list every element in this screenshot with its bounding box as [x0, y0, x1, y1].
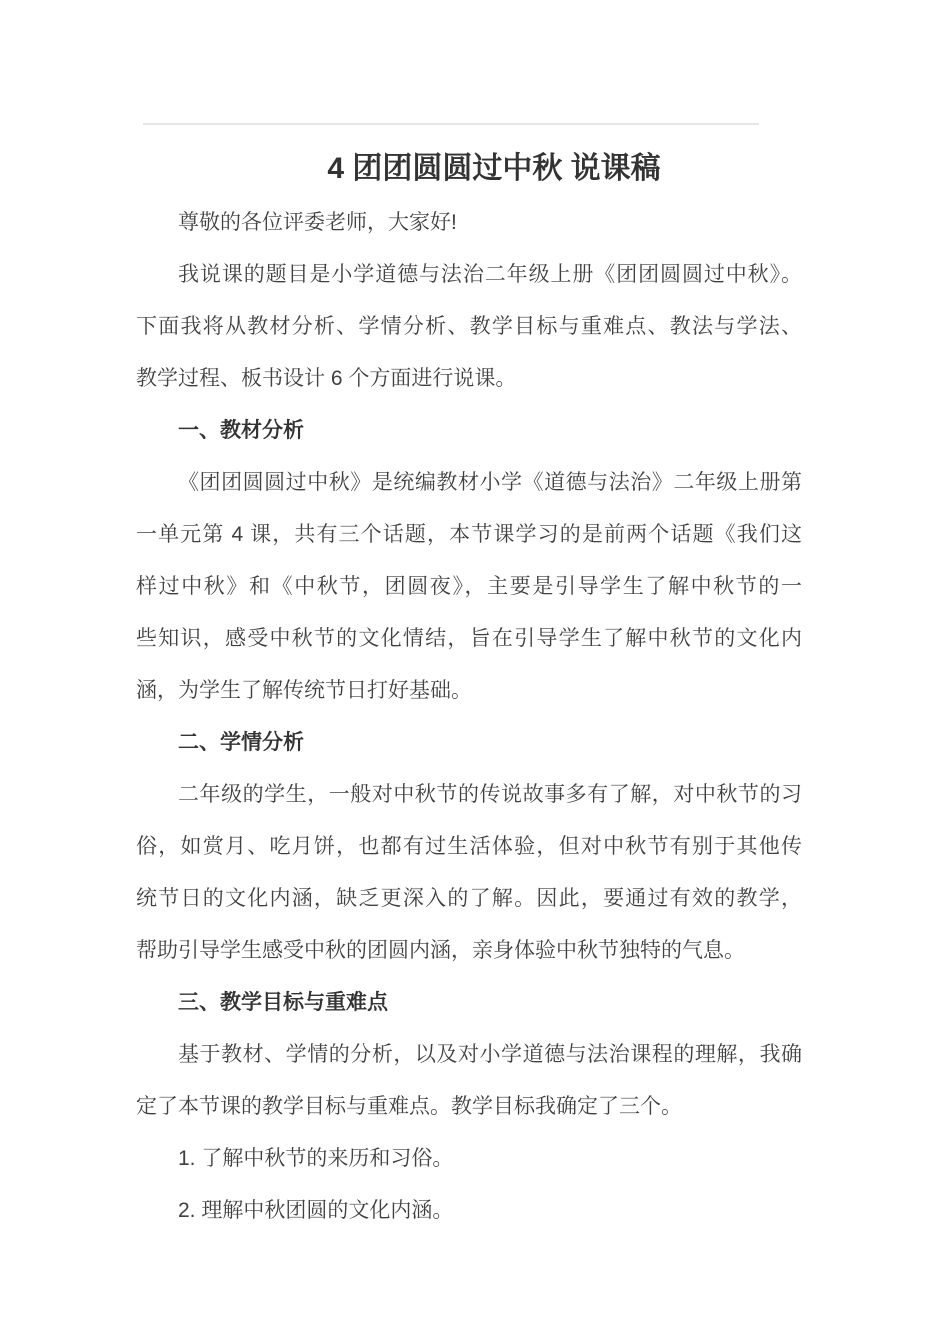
paragraph-line: 定了本节课的教学目标与重难点。教学目标我确定了三个。 — [136, 1081, 802, 1133]
list-item-line: 2. 理解中秋团圆的文化内涵。 — [136, 1185, 802, 1237]
paragraph-line: 我说课的题目是小学道德与法治二年级上册《团团圆圆过中秋》。 — [136, 249, 802, 301]
paragraph-line: 俗，如赏月、吃月饼，也都有过生活体验，但对中秋节有别于其他传 — [136, 821, 802, 873]
document-body: 尊敬的各位评委老师，大家好! 我说课的题目是小学道德与法治二年级上册《团团圆圆过… — [136, 197, 802, 1237]
document-title: 4 团团圆圆过中秋 说课稿 — [136, 146, 852, 192]
paragraph-line: 基于教材、学情的分析，以及对小学道德与法治课程的理解，我确 — [136, 1029, 802, 1081]
paragraph-line: 二年级的学生，一般对中秋节的传说故事多有了解，对中秋节的习 — [136, 769, 802, 821]
paragraph-line: 统节日的文化内涵，缺乏更深入的了解。因此，要通过有效的教学， — [136, 873, 802, 925]
section-heading: 一、教材分析 — [136, 405, 802, 457]
paragraph-line: 尊敬的各位评委老师，大家好! — [136, 197, 802, 249]
header-divider — [143, 123, 759, 125]
paragraph-line: 《团团圆圆过中秋》是统编教材小学《道德与法治》二年级上册第 — [136, 457, 802, 509]
paragraph-line: 帮助引导学生感受中秋的团圆内涵，亲身体验中秋节独特的气息。 — [136, 925, 802, 977]
paragraph-line: 下面我将从教材分析、学情分析、教学目标与重难点、教法与学法、 — [136, 301, 802, 353]
list-item-line: 1. 了解中秋节的来历和习俗。 — [136, 1133, 802, 1185]
section-heading: 二、学情分析 — [136, 717, 802, 769]
paragraph-line: 些知识，感受中秋节的文化情结，旨在引导学生了解中秋节的文化内 — [136, 613, 802, 665]
document-page: 4 团团圆圆过中秋 说课稿 尊敬的各位评委老师，大家好! 我说课的题目是小学道德… — [0, 0, 950, 1344]
paragraph-line: 一单元第 4 课，共有三个话题，本节课学习的是前两个话题《我们这 — [136, 509, 802, 561]
paragraph-line: 样过中秋》和《中秋节，团圆夜》，主要是引导学生了解中秋节的一 — [136, 561, 802, 613]
paragraph-line: 教学过程、板书设计 6 个方面进行说课。 — [136, 353, 802, 405]
section-heading: 三、教学目标与重难点 — [136, 977, 802, 1029]
paragraph-line: 涵，为学生了解传统节日打好基础。 — [136, 665, 802, 717]
